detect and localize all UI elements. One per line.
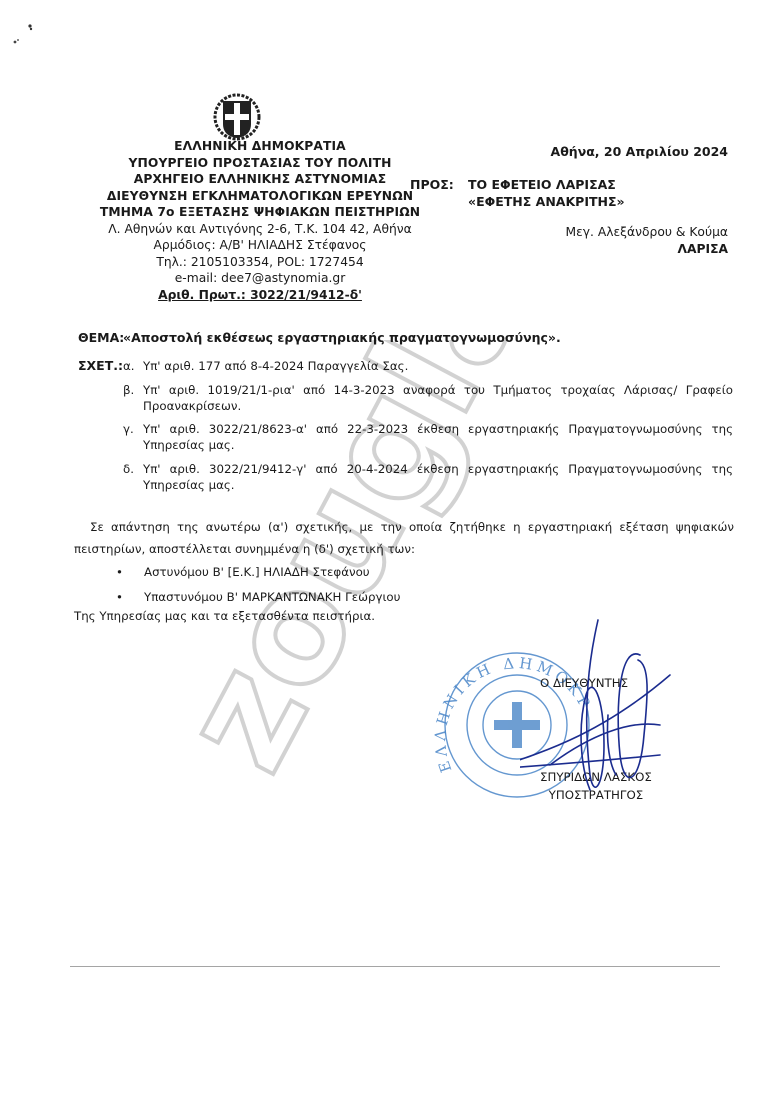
recipient-street: Μεγ. Αλεξάνδρου & Κούμα xyxy=(480,224,728,241)
attachment-list: • Αστυνόμου Β' [Ε.Κ.] ΗΛΙΑΔΗ Στεφάνου • … xyxy=(116,560,400,610)
recipient-line2: «ΕΦΕΤΗΣ ΑΝΑΚΡΙΤΗΣ» xyxy=(468,194,625,211)
sender-line: ΤΜΗΜΑ 7ο ΕΞΕΤΑΣΗΣ ΨΗΦΙΑΚΩΝ ΠΕΙΣΤΗΡΙΩΝ xyxy=(95,204,425,221)
document-date: Αθήνα, 20 Απριλίου 2024 xyxy=(520,144,728,159)
closing-line: Της Υπηρεσίας μας και τα εξετασθέντα πει… xyxy=(74,609,375,623)
attachment-item: • Αστυνόμου Β' [Ε.Κ.] ΗΛΙΑΔΗ Στεφάνου xyxy=(116,560,400,585)
scan-specks xyxy=(8,12,48,52)
related-text: Υπ' αριθ. 177 από 8-4-2024 Παραγγελία Σα… xyxy=(143,358,733,374)
sender-phone: Τηλ.: 2105103354, POL: 1727454 xyxy=(95,254,425,271)
sender-line: ΔΙΕΥΘΥΝΣΗ ΕΓΚΛΗΜΑΤΟΛΟΓΙΚΩΝ ΕΡΕΥΝΩΝ xyxy=(95,188,425,205)
related-text: Υπ' αριθ. 3022/21/8623-α' από 22-3-2023 … xyxy=(143,421,733,453)
subject-label: ΘΕΜΑ: xyxy=(78,330,124,345)
attachment-text: Υπαστυνόμου Β' ΜΑΡΚΑΝΤΩΝΑΚΗ Γεώργιου xyxy=(144,585,400,610)
greek-coat-of-arms-emblem xyxy=(210,92,264,144)
sender-address: Λ. Αθηνών και Αντιγόνης 2-6, Τ.Κ. 104 42… xyxy=(95,221,425,238)
related-mark: δ. xyxy=(123,461,143,493)
related-text: Υπ' αριθ. 3022/21/9412-γ' από 20-4-2024 … xyxy=(143,461,733,493)
recipient-city: ΛΑΡΙΣΑ xyxy=(480,241,728,258)
related-text: Υπ' αριθ. 1019/21/1-ρια' από 14-3-2023 α… xyxy=(143,382,733,414)
recipient-address: Μεγ. Αλεξάνδρου & Κούμα ΛΑΡΙΣΑ xyxy=(480,224,728,258)
related-mark: γ. xyxy=(123,421,143,453)
sender-line: ΥΠΟΥΡΓΕΙΟ ΠΡΟΣΤΑΣΙΑΣ ΤΟΥ ΠΟΛΙΤΗ xyxy=(95,155,425,172)
related-item: δ. Υπ' αριθ. 3022/21/9412-γ' από 20-4-20… xyxy=(123,461,733,493)
related-label: ΣΧΕΤ.: xyxy=(78,358,123,373)
related-item: β. Υπ' αριθ. 1019/21/1-ρια' από 14-3-202… xyxy=(123,382,733,414)
protocol-number: Αριθ. Πρωτ.: 3022/21/9412-δ' xyxy=(95,287,425,304)
handwritten-signature xyxy=(520,615,680,805)
related-mark: β. xyxy=(123,382,143,414)
subject-text: «Αποστολή εκθέσεως εργαστηριακής πραγματ… xyxy=(123,330,561,345)
body-text: Σε απάντηση της ανωτέρω (α') σχετικής, μ… xyxy=(74,516,734,560)
bullet-icon: • xyxy=(116,560,144,585)
footer-divider xyxy=(70,966,720,967)
related-item: γ. Υπ' αριθ. 3022/21/8623-α' από 22-3-20… xyxy=(123,421,733,453)
bullet-icon: • xyxy=(116,585,144,610)
sender-responsible: Αρμόδιος: Α/Β' ΗΛΙΑΔΗΣ Στέφανος xyxy=(95,237,425,254)
related-item: α. Υπ' αριθ. 177 από 8-4-2024 Παραγγελία… xyxy=(123,358,733,374)
body-paragraph: Σε απάντηση της ανωτέρω (α') σχετικής, μ… xyxy=(74,516,734,560)
sender-line: ΑΡΧΗΓΕΙΟ ΕΛΛΗΝΙΚΗΣ ΑΣΤΥΝΟΜΙΑΣ xyxy=(95,171,425,188)
recipient-name: ΤΟ ΕΦΕΤΕΙΟ ΛΑΡΙΣΑΣ «ΕΦΕΤΗΣ ΑΝΑΚΡΙΤΗΣ» xyxy=(468,177,625,210)
recipient-label: ΠΡΟΣ: xyxy=(410,177,454,192)
attachment-item: • Υπαστυνόμου Β' ΜΑΡΚΑΝΤΩΝΑΚΗ Γεώργιου xyxy=(116,585,400,610)
related-mark: α. xyxy=(123,358,143,374)
sender-email: e-mail: dee7@astynomia.gr xyxy=(95,270,425,287)
attachment-text: Αστυνόμου Β' [Ε.Κ.] ΗΛΙΑΔΗ Στεφάνου xyxy=(144,560,370,585)
related-list: α. Υπ' αριθ. 177 από 8-4-2024 Παραγγελία… xyxy=(123,358,733,500)
sender-header: ΕΛΛΗΝΙΚΗ ΔΗΜΟΚΡΑΤΙΑ ΥΠΟΥΡΓΕΙΟ ΠΡΟΣΤΑΣΙΑΣ… xyxy=(95,138,425,304)
sender-line: ΕΛΛΗΝΙΚΗ ΔΗΜΟΚΡΑΤΙΑ xyxy=(95,138,425,155)
recipient-line1: ΤΟ ΕΦΕΤΕΙΟ ΛΑΡΙΣΑΣ xyxy=(468,177,625,194)
